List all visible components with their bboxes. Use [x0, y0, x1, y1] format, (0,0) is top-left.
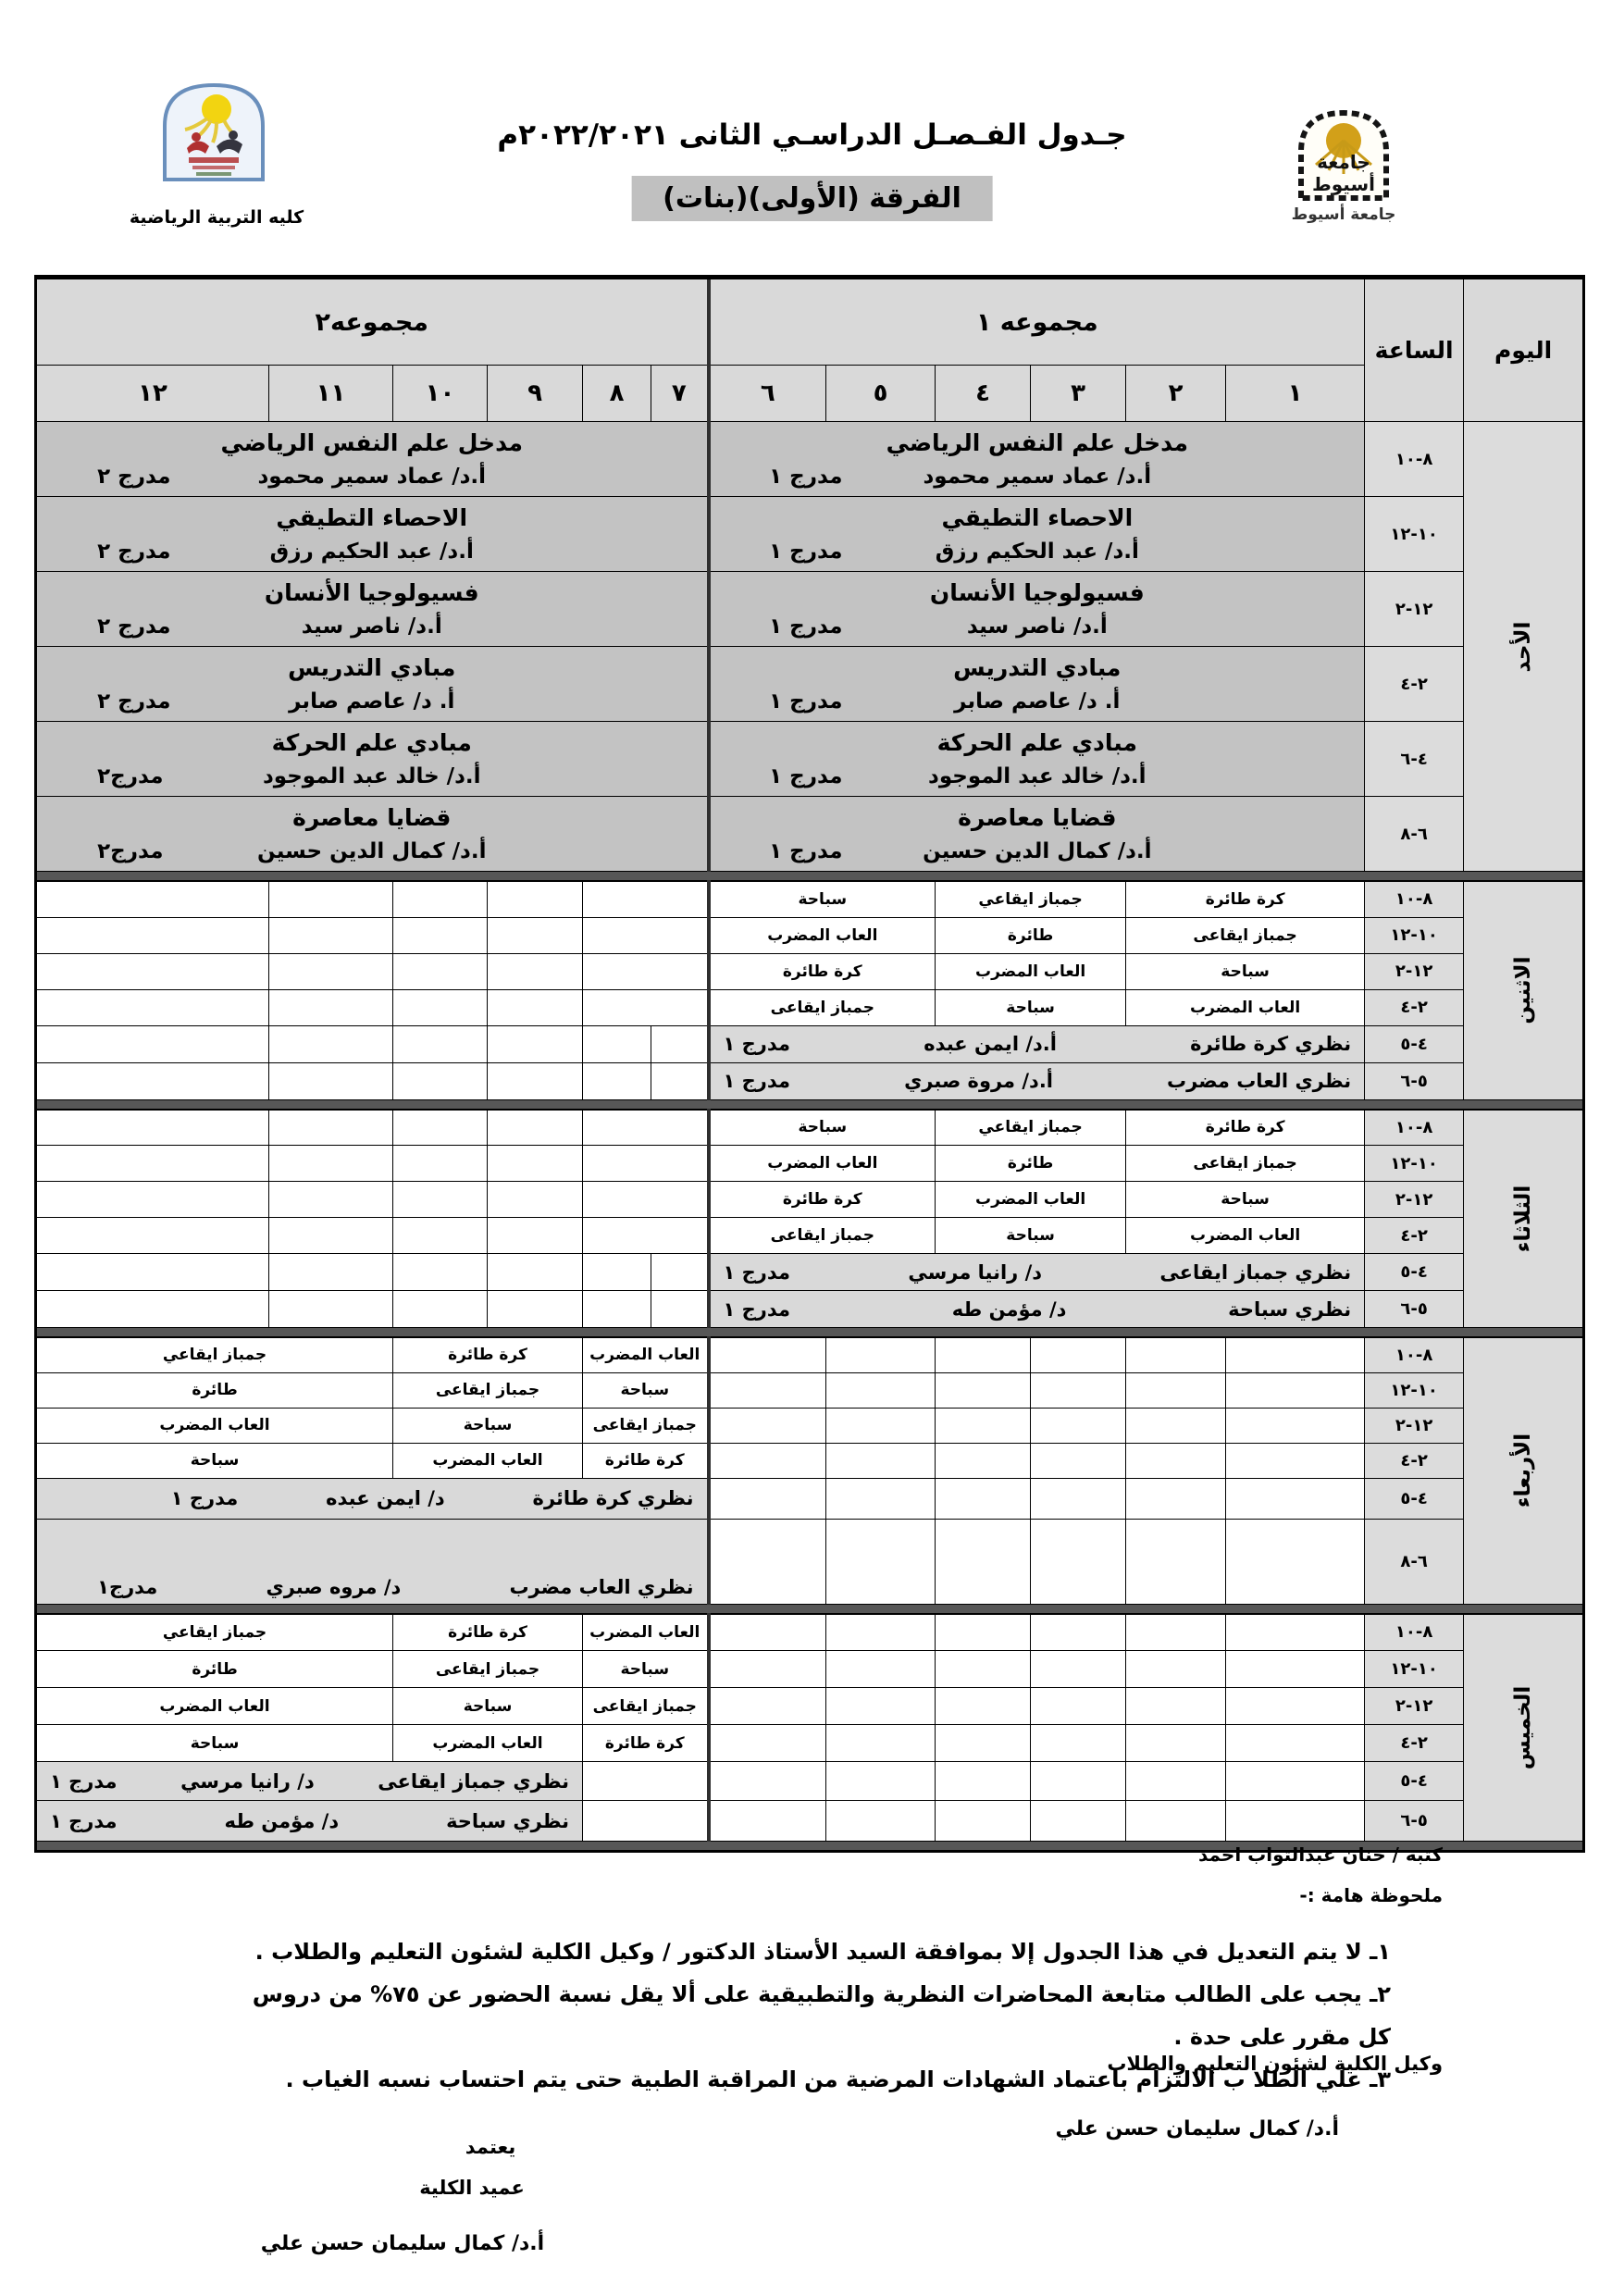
dean-name: أ.د/ كمال سليمان حسن علي: [250, 2232, 555, 2255]
empty-cell: [1031, 1801, 1126, 1842]
empty-cell: [1126, 1725, 1226, 1762]
time-cell: ١٢-٢: [1365, 1182, 1464, 1218]
column-number: ٢: [1126, 366, 1226, 422]
time-cell: ٢-٤: [1365, 1725, 1464, 1762]
empty-cell: [36, 1146, 269, 1182]
empty-cell: [709, 1614, 826, 1651]
empty-cell: [936, 1651, 1031, 1688]
column-number: ١٢: [36, 366, 269, 422]
practical-cell: جمباز ايقاعي: [36, 1614, 393, 1651]
time-cell: ٦-٨: [1365, 797, 1464, 872]
empty-cell: [936, 1519, 1031, 1604]
empty-cell: [651, 1254, 709, 1291]
empty-cell: [269, 989, 393, 1025]
note-line: ١ـ لا يتم التعديل في هذا الجدول إلا بموا…: [225, 1930, 1391, 1973]
empty-cell: [709, 1478, 826, 1519]
empty-cell: [583, 1801, 709, 1842]
empty-cell: [269, 881, 393, 917]
time-cell: ١٠-١٢: [1365, 1372, 1464, 1408]
theory-cell: نظري العاب مضربد/ مروه صبريمدرج١: [36, 1519, 709, 1604]
empty-cell: [709, 1725, 826, 1762]
empty-cell: [709, 1688, 826, 1725]
practical-cell: سباحة: [936, 989, 1126, 1025]
empty-cell: [488, 1146, 583, 1182]
empty-cell: [1226, 1801, 1365, 1842]
empty-cell: [1031, 1478, 1126, 1519]
practical-cell: سباحة: [936, 1218, 1126, 1254]
practical-cell: سباحة: [36, 1443, 393, 1478]
empty-cell: [488, 1062, 583, 1099]
empty-cell: [393, 881, 488, 917]
empty-cell: [583, 1218, 709, 1254]
empty-cell: [488, 953, 583, 989]
schedule-table: اليوم الساعة مجموعه ١ مجموعه٢ ١ ٢ ٣ ٤ ٥ …: [34, 275, 1585, 1853]
empty-cell: [709, 1801, 826, 1842]
empty-cell: [269, 1062, 393, 1099]
empty-cell: [1031, 1337, 1126, 1372]
column-number: ٧: [651, 366, 709, 422]
empty-cell: [393, 953, 488, 989]
empty-cell: [583, 1254, 651, 1291]
practical-cell: جمباز ايقاعي: [936, 881, 1126, 917]
time-cell: ٥-٦: [1365, 1801, 1464, 1842]
practical-cell: سباحة: [393, 1688, 583, 1725]
empty-cell: [826, 1614, 936, 1651]
practical-cell: سباحة: [393, 1408, 583, 1443]
empty-cell: [1031, 1372, 1126, 1408]
empty-cell: [36, 1254, 269, 1291]
lecture-cell-group1: مدخل علم النفس الرياضي مدرج ١أ.د/ عماد س…: [709, 422, 1365, 497]
time-cell: ٨-١٠: [1365, 422, 1464, 497]
empty-cell: [651, 1025, 709, 1062]
empty-cell: [1226, 1478, 1365, 1519]
empty-cell: [269, 917, 393, 953]
day-block-separator: [36, 1099, 1584, 1110]
empty-cell: [1031, 1614, 1126, 1651]
practical-cell: العاب المضرب: [393, 1443, 583, 1478]
empty-cell: [936, 1337, 1031, 1372]
empty-cell: [709, 1519, 826, 1604]
faculty-logo-caption: كليه التربية الرياضية: [126, 207, 307, 228]
empty-cell: [488, 1218, 583, 1254]
empty-cell: [826, 1478, 936, 1519]
practical-cell: العاب المضرب: [583, 1614, 709, 1651]
empty-cell: [269, 1218, 393, 1254]
day-block-separator: [36, 872, 1584, 882]
practical-cell: سباحة: [709, 881, 936, 917]
practical-cell: جمباز ايقاعى: [583, 1688, 709, 1725]
practical-cell: سباحة: [583, 1651, 709, 1688]
empty-cell: [269, 1025, 393, 1062]
practical-cell: العاب المضرب: [936, 953, 1126, 989]
group1-header: مجموعه ١: [709, 278, 1365, 366]
empty-cell: [1226, 1651, 1365, 1688]
theory-cell: نظري سباحةد/ مؤمن طهمدرج ١: [709, 1291, 1365, 1328]
practical-cell: جمباز ايقاعي: [36, 1337, 393, 1372]
day-cell-sunday: الأحد: [1464, 422, 1584, 872]
practical-cell: جمباز ايقاعى: [583, 1408, 709, 1443]
practical-cell: العاب المضرب: [709, 917, 936, 953]
time-cell: ٨-١٠: [1365, 1337, 1464, 1372]
practical-cell: جمباز ايقاعى: [393, 1651, 583, 1688]
empty-cell: [1031, 1762, 1126, 1801]
time-cell: ٤-٦: [1365, 722, 1464, 797]
practical-cell: كرة طائرة: [393, 1337, 583, 1372]
empty-cell: [936, 1614, 1031, 1651]
empty-cell: [393, 1291, 488, 1328]
lecture-cell-group2: قضايا معاصرة مدرج٢أ.د/ كمال الدين حسين: [36, 797, 709, 872]
empty-cell: [936, 1408, 1031, 1443]
day-cell-wednesday: الأربعاء: [1464, 1337, 1584, 1604]
column-number: ٨: [583, 366, 651, 422]
empty-cell: [393, 1146, 488, 1182]
empty-cell: [488, 881, 583, 917]
empty-cell: [583, 953, 709, 989]
empty-cell: [709, 1651, 826, 1688]
empty-cell: [583, 1291, 651, 1328]
time-cell: ٨-١٠: [1365, 881, 1464, 917]
empty-cell: [826, 1688, 936, 1725]
empty-cell: [709, 1443, 826, 1478]
empty-cell: [393, 1218, 488, 1254]
time-cell: ٢-٤: [1365, 1218, 1464, 1254]
empty-cell: [1126, 1519, 1226, 1604]
empty-cell: [393, 917, 488, 953]
empty-cell: [393, 989, 488, 1025]
empty-cell: [1226, 1762, 1365, 1801]
practical-cell: جمباز ايقاعى: [393, 1372, 583, 1408]
empty-cell: [936, 1762, 1031, 1801]
column-number: ٦: [709, 366, 826, 422]
hour-column-header: الساعة: [1365, 278, 1464, 422]
group2-header: مجموعه٢: [36, 278, 709, 366]
practical-cell: جمباز ايقاعى: [1126, 917, 1365, 953]
empty-cell: [826, 1372, 936, 1408]
empty-cell: [393, 1025, 488, 1062]
practical-cell: سباحة: [709, 1110, 936, 1146]
theory-cell: نظري كرة طائرةد/ ايمن عبدهمدرج ١: [36, 1478, 709, 1519]
empty-cell: [36, 989, 269, 1025]
empty-cell: [826, 1725, 936, 1762]
empty-cell: [1126, 1443, 1226, 1478]
empty-cell: [709, 1408, 826, 1443]
empty-cell: [583, 989, 709, 1025]
practical-cell: جمباز ايقاعي: [936, 1110, 1126, 1146]
vice-dean-name: أ.د/ كمال سليمان حسن علي: [1056, 2117, 1339, 2141]
practical-cell: سباحة: [36, 1725, 393, 1762]
svg-text:جامعة: جامعة: [1317, 151, 1370, 173]
lecture-cell-group2: مبادي علم الحركة مدرج٢أ.د/ خالد عبد المو…: [36, 722, 709, 797]
time-cell: ٥-٦: [1365, 1291, 1464, 1328]
column-number: ٤: [936, 366, 1031, 422]
empty-cell: [1226, 1372, 1365, 1408]
empty-cell: [393, 1254, 488, 1291]
time-cell: ١٠-١٢: [1365, 1651, 1464, 1688]
empty-cell: [826, 1651, 936, 1688]
empty-cell: [1126, 1337, 1226, 1372]
theory-cell: نظري جمباز ايقاعىد/ رانيا مرسيمدرج ١: [36, 1762, 583, 1801]
empty-cell: [1226, 1688, 1365, 1725]
empty-cell: [269, 953, 393, 989]
lecture-cell-group2: مدخل علم النفس الرياضي مدرج ٢أ.د/ عماد س…: [36, 422, 709, 497]
empty-cell: [36, 1025, 269, 1062]
day-cell-thursday: الخميس: [1464, 1614, 1584, 1842]
empty-cell: [269, 1182, 393, 1218]
practical-cell: كرة طائرة: [1126, 881, 1365, 917]
lecture-cell-group2: مبادي التدريس مدرج ٢أ. د/ عاصم صابر: [36, 647, 709, 722]
empty-cell: [936, 1443, 1031, 1478]
time-cell: ١٢-٢: [1365, 1408, 1464, 1443]
day-cell-tuesday: الثلاثاء: [1464, 1110, 1584, 1328]
empty-cell: [36, 917, 269, 953]
faculty-logo-icon: [159, 80, 268, 183]
empty-cell: [826, 1443, 936, 1478]
day-block-separator: [36, 1604, 1584, 1614]
lecture-cell-group1: مبادي التدريس مدرج ١أ. د/ عاصم صابر: [709, 647, 1365, 722]
empty-cell: [36, 1182, 269, 1218]
day-column-header: اليوم: [1464, 278, 1584, 422]
time-cell: ٢-٤: [1365, 647, 1464, 722]
empty-cell: [1031, 1651, 1126, 1688]
empty-cell: [1031, 1519, 1126, 1604]
empty-cell: [1226, 1408, 1365, 1443]
empty-cell: [1126, 1762, 1226, 1801]
practical-cell: جمباز ايقاعى: [709, 1218, 936, 1254]
empty-cell: [936, 1688, 1031, 1725]
practical-cell: العاب المضرب: [709, 1146, 936, 1182]
time-cell: ١٠-١٢: [1365, 1146, 1464, 1182]
empty-cell: [488, 1254, 583, 1291]
time-cell: ١٢-٢: [1365, 953, 1464, 989]
empty-cell: [1031, 1725, 1126, 1762]
empty-cell: [1126, 1614, 1226, 1651]
time-cell: ١٢-٢: [1365, 572, 1464, 647]
empty-cell: [1226, 1614, 1365, 1651]
day-cell-monday: الاثنين: [1464, 881, 1584, 1099]
lecture-cell-group2: الاحصاء التطيقي مدرج ٢أ.د/ عبد الحكيم رز…: [36, 497, 709, 572]
empty-cell: [1226, 1337, 1365, 1372]
lecture-cell-group2: فسيولوجيا الأنسان مدرج ٢أ.د/ ناصر سيد: [36, 572, 709, 647]
empty-cell: [36, 881, 269, 917]
empty-cell: [583, 1110, 709, 1146]
column-number: ٥: [826, 366, 936, 422]
practical-cell: كرة طائرة: [709, 953, 936, 989]
empty-cell: [488, 1291, 583, 1328]
empty-cell: [1126, 1408, 1226, 1443]
empty-cell: [583, 1146, 709, 1182]
practical-cell: طائرة: [36, 1651, 393, 1688]
lecture-cell-group1: فسيولوجيا الأنسان مدرج ١أ.د/ ناصر سيد: [709, 572, 1365, 647]
time-cell: ٤-٥: [1365, 1025, 1464, 1062]
empty-cell: [1126, 1651, 1226, 1688]
practical-cell: كرة طائرة: [393, 1614, 583, 1651]
column-number: ١: [1226, 366, 1365, 422]
empty-cell: [36, 1291, 269, 1328]
empty-cell: [709, 1372, 826, 1408]
time-cell: ٢-٤: [1365, 989, 1464, 1025]
empty-cell: [488, 1182, 583, 1218]
empty-cell: [269, 1146, 393, 1182]
empty-cell: [1031, 1443, 1126, 1478]
empty-cell: [1226, 1725, 1365, 1762]
note-title: ملحوظة هامة :-: [1299, 1884, 1443, 1906]
theory-cell: نظري سباحةد/ مؤمن طهمدرج ١: [36, 1801, 583, 1842]
empty-cell: [826, 1519, 936, 1604]
time-cell: ٦-٨: [1365, 1519, 1464, 1604]
note-line: ٢ـ يجب على الطالب متابعة المحاضرات النظر…: [225, 1973, 1391, 2058]
practical-cell: طائرة: [936, 1146, 1126, 1182]
practical-cell: سباحة: [1126, 953, 1365, 989]
theory-cell: نظري جمباز ايقاعىد/ رانيا مرسيمدرج ١: [709, 1254, 1365, 1291]
practical-cell: العاب المضرب: [36, 1408, 393, 1443]
university-logo-icon: جامعة أسيوط: [1294, 107, 1394, 202]
empty-cell: [583, 1062, 651, 1099]
empty-cell: [36, 1218, 269, 1254]
notes-list: ١ـ لا يتم التعديل في هذا الجدول إلا بموا…: [225, 1930, 1391, 2101]
theory-cell: نظري العاب مضربأ.د/ مروة صبريمدرج ١: [709, 1062, 1365, 1099]
empty-cell: [583, 881, 709, 917]
empty-cell: [826, 1337, 936, 1372]
practical-cell: كرة طائرة: [583, 1725, 709, 1762]
empty-cell: [269, 1254, 393, 1291]
theory-cell: نظري كرة طائرةأ.د/ ايمن عبدهمدرج ١: [709, 1025, 1365, 1062]
empty-cell: [826, 1801, 936, 1842]
empty-cell: [36, 953, 269, 989]
column-number: ١١: [269, 366, 393, 422]
university-logo-caption: جامعة أسيوط: [1270, 205, 1418, 224]
practical-cell: طائرة: [36, 1372, 393, 1408]
lecture-cell-group1: مبادي علم الحركة مدرج ١أ.د/ خالد عبد الم…: [709, 722, 1365, 797]
page-title: جـدول الفـصـل الدراسـي الثانى ٢٠٢٢/٢٠٢١م: [497, 118, 1126, 152]
practical-cell: سباحة: [583, 1372, 709, 1408]
practical-cell: كرة طائرة: [1126, 1110, 1365, 1146]
empty-cell: [393, 1110, 488, 1146]
empty-cell: [488, 1025, 583, 1062]
empty-cell: [488, 989, 583, 1025]
empty-cell: [583, 1762, 709, 1801]
empty-cell: [583, 1025, 651, 1062]
vice-dean-title: وكيل الكلية لشئون التعليم والطلاب: [1107, 2053, 1443, 2075]
empty-cell: [709, 1337, 826, 1372]
time-cell: ١٠-١٢: [1365, 917, 1464, 953]
approval-label: يعتمد: [407, 2136, 574, 2158]
time-cell: ٤-٥: [1365, 1478, 1464, 1519]
empty-cell: [826, 1408, 936, 1443]
column-number: ٣: [1031, 366, 1126, 422]
time-cell: ٢-٤: [1365, 1443, 1464, 1478]
time-cell: ٥-٦: [1365, 1062, 1464, 1099]
svg-text:أسيوط: أسيوط: [1312, 171, 1375, 195]
empty-cell: [583, 1182, 709, 1218]
column-number: ١٠: [393, 366, 488, 422]
practical-cell: جمباز ايقاعى: [709, 989, 936, 1025]
empty-cell: [393, 1062, 488, 1099]
empty-cell: [1031, 1408, 1126, 1443]
time-cell: ١٠-١٢: [1365, 497, 1464, 572]
practical-cell: كرة طائرة: [709, 1182, 936, 1218]
empty-cell: [583, 917, 709, 953]
grade-subtitle: الفرقة (الأولى)(بنات): [631, 176, 993, 221]
empty-cell: [1226, 1519, 1365, 1604]
practical-cell: العاب المضرب: [583, 1337, 709, 1372]
practical-cell: جمباز ايقاعى: [1126, 1146, 1365, 1182]
practical-cell: كرة طائرة: [583, 1443, 709, 1478]
time-cell: ٤-٥: [1365, 1762, 1464, 1801]
empty-cell: [488, 1110, 583, 1146]
practical-cell: طائرة: [936, 917, 1126, 953]
empty-cell: [709, 1762, 826, 1801]
empty-cell: [936, 1725, 1031, 1762]
empty-cell: [36, 1062, 269, 1099]
empty-cell: [1226, 1443, 1365, 1478]
empty-cell: [1126, 1688, 1226, 1725]
time-cell: ١٢-٢: [1365, 1688, 1464, 1725]
column-number: ٩: [488, 366, 583, 422]
empty-cell: [36, 1110, 269, 1146]
empty-cell: [269, 1291, 393, 1328]
practical-cell: العاب المضرب: [36, 1688, 393, 1725]
empty-cell: [1126, 1478, 1226, 1519]
lecture-cell-group1: الاحصاء التطيقي مدرج ١أ.د/ عبد الحكيم رز…: [709, 497, 1365, 572]
empty-cell: [1126, 1372, 1226, 1408]
empty-cell: [1126, 1801, 1226, 1842]
empty-cell: [1031, 1688, 1126, 1725]
practical-cell: العاب المضرب: [393, 1725, 583, 1762]
practical-cell: العاب المضرب: [1126, 1218, 1365, 1254]
time-cell: ٨-١٠: [1365, 1110, 1464, 1146]
empty-cell: [936, 1478, 1031, 1519]
empty-cell: [393, 1182, 488, 1218]
lecture-cell-group1: قضايا معاصرة مدرج ١أ.د/ كمال الدين حسين: [709, 797, 1365, 872]
empty-cell: [826, 1762, 936, 1801]
practical-cell: سباحة: [1126, 1182, 1365, 1218]
empty-cell: [936, 1372, 1031, 1408]
empty-cell: [651, 1291, 709, 1328]
empty-cell: [488, 917, 583, 953]
empty-cell: [651, 1062, 709, 1099]
day-block-separator: [36, 1328, 1584, 1338]
empty-cell: [269, 1110, 393, 1146]
practical-cell: العاب المضرب: [1126, 989, 1365, 1025]
time-cell: ٤-٥: [1365, 1254, 1464, 1291]
empty-cell: [936, 1801, 1031, 1842]
dean-title: عميد الكلية: [389, 2177, 555, 2199]
written-by-line: كتبه / حنان عبدالتواب احمد: [1198, 1843, 1443, 1866]
time-cell: ٨-١٠: [1365, 1614, 1464, 1651]
practical-cell: العاب المضرب: [936, 1182, 1126, 1218]
